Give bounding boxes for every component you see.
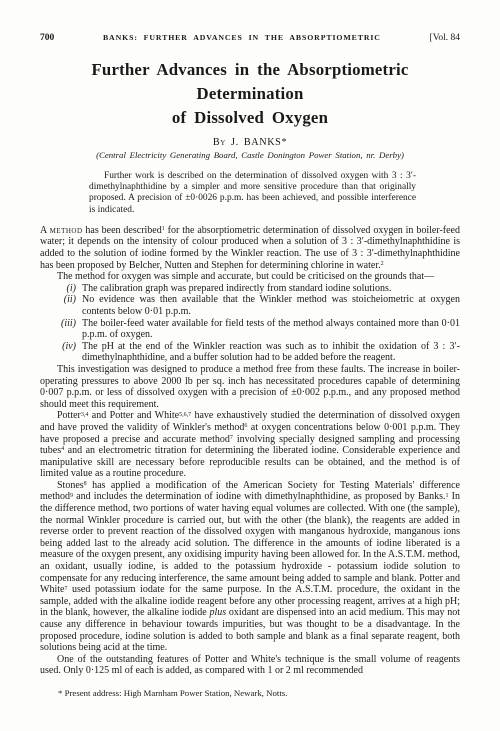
- article-title: Further Advances in the Absorptiometric …: [40, 58, 460, 130]
- list-item-text: The calibration graph was prepared indir…: [82, 283, 460, 295]
- list-item-marker: (iv): [40, 341, 82, 364]
- paragraph-reagent-volume: One of the outstanding features of Potte…: [40, 654, 460, 677]
- article-title-line-2: of Dissolved Oxygen: [172, 108, 328, 127]
- paragraph-intro: A method has been described1 for the abs…: [40, 225, 460, 271]
- article-body: A method has been described1 for the abs…: [40, 225, 460, 677]
- list-item-marker: (i): [40, 283, 82, 295]
- list-item-text: The boiler-feed water available for fiel…: [82, 318, 460, 341]
- paragraph-potter-white: Potter3,4 and Potter and White5,6,7 have…: [40, 410, 460, 480]
- list-item-marker: (iii): [40, 318, 82, 341]
- page-number: 700: [40, 33, 54, 43]
- paragraph-investigation: This investigation was designed to produ…: [40, 364, 460, 410]
- list-item-marker: (ii): [40, 294, 82, 317]
- list-item-text: No evidence was then available that the …: [82, 294, 460, 317]
- present-address-footnote: * Present address: High Marnham Power St…: [40, 688, 460, 698]
- list-item: (ii) No evidence was then available that…: [40, 294, 460, 317]
- paragraph-stones-astm: Stones8 has applied a modification of th…: [40, 480, 460, 654]
- list-item-text: The pH at the end of the Winkler reactio…: [82, 341, 460, 364]
- running-head: 700 BANKS: FURTHER ADVANCES IN THE ABSOR…: [40, 33, 460, 43]
- running-title: BANKS: FURTHER ADVANCES IN THE ABSORPTIO…: [103, 33, 381, 43]
- author-affiliation: (Central Electricity Generating Board, C…: [40, 150, 460, 160]
- journal-page: 700 BANKS: FURTHER ADVANCES IN THE ABSOR…: [0, 0, 500, 731]
- volume-label: [Vol. 84: [430, 33, 460, 43]
- article-title-line-1: Further Advances in the Absorptiometric …: [91, 60, 408, 103]
- author-byline: By J. BANKS*: [40, 137, 460, 148]
- paragraph-criticism-intro: The method for oxygen was simple and acc…: [40, 271, 460, 283]
- list-item: (iii) The boiler-feed water available fo…: [40, 318, 460, 341]
- list-item: (iv) The pH at the end of the Winkler re…: [40, 341, 460, 364]
- abstract: Further work is described on the determi…: [89, 171, 416, 216]
- criticism-list: (i) The calibration graph was prepared i…: [40, 283, 460, 364]
- list-item: (i) The calibration graph was prepared i…: [40, 283, 460, 295]
